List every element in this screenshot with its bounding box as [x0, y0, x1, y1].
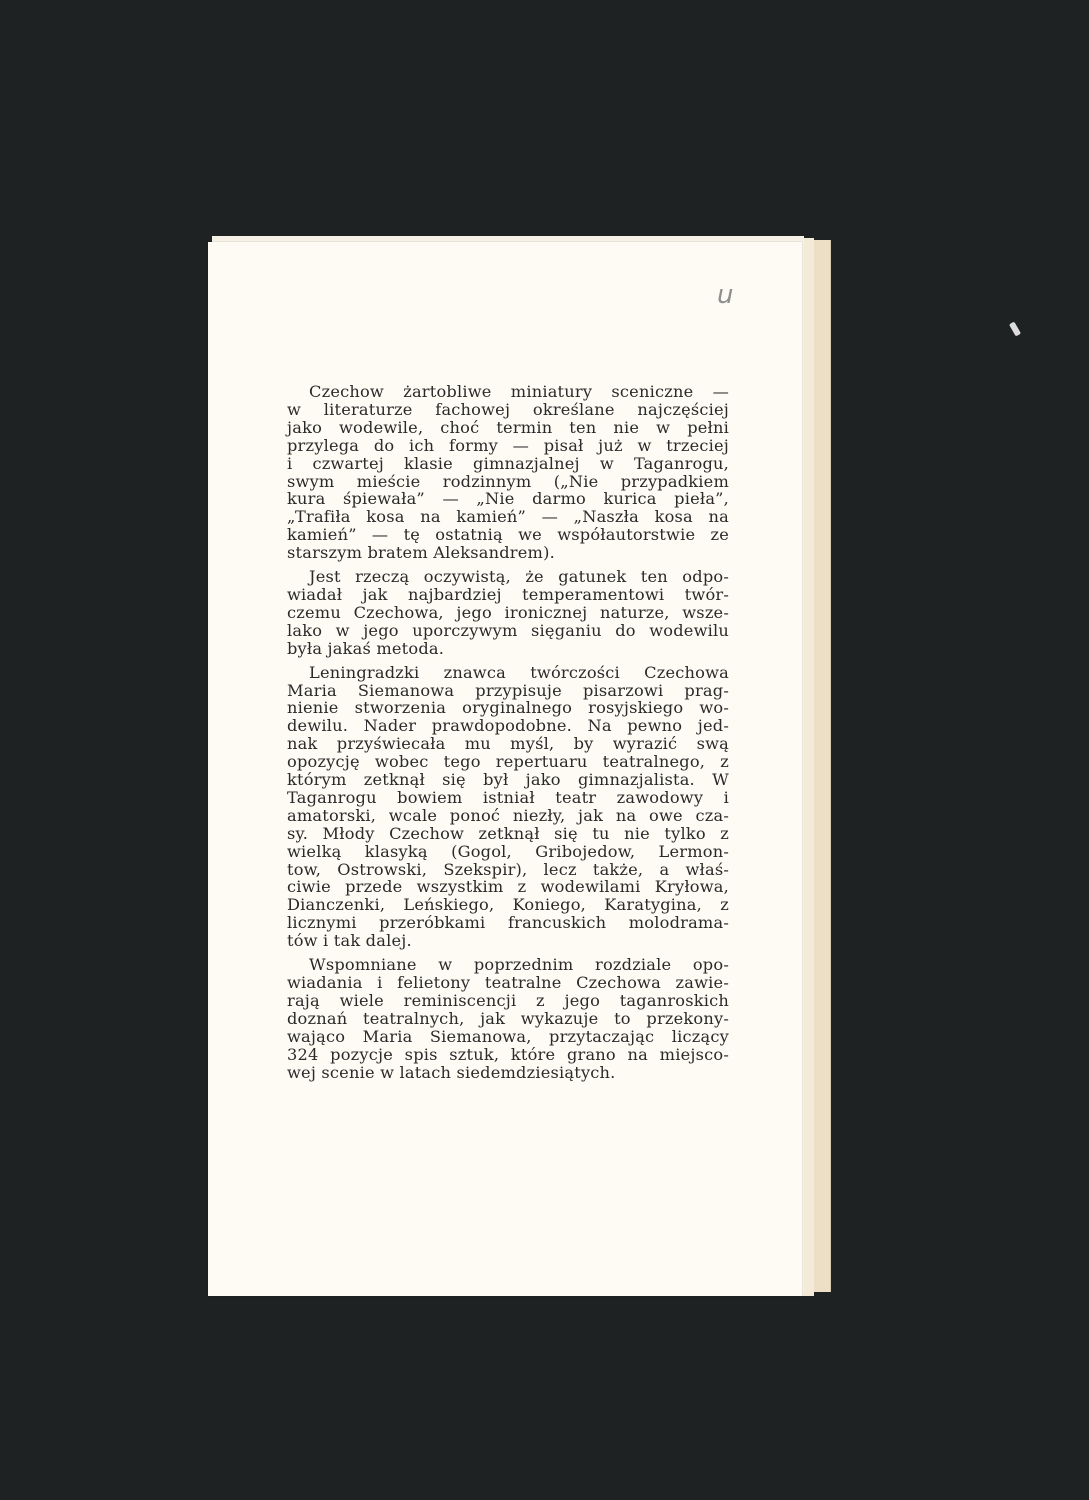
text-line: lako w jego uporczywym sięganiu do wodew… [287, 622, 729, 640]
text-line: amatorski, wcale ponoć niezły, jak na ow… [287, 807, 729, 825]
text-line: rają wiele reminiscencji z jego taganros… [287, 992, 729, 1010]
text-line: jako wodewile, choć termin ten nie w peł… [287, 419, 729, 437]
text-line: wielką klasyką (Gogol, Gribojedow, Lermo… [287, 843, 729, 861]
scan-speck [1009, 321, 1021, 336]
text-line: czemu Czechowa, jego ironicznej naturze,… [287, 604, 729, 622]
text-line: przylega do ich formy — pisał już w trze… [287, 437, 729, 455]
text-line: dewilu. Nader prawdopodobne. Na pewno je… [287, 717, 729, 735]
text-line: tów i tak dalej. [287, 932, 729, 950]
text-line: doznań teatralnych, jak wykazuje to prze… [287, 1010, 729, 1028]
text-line: Maria Siemanowa przypisuje pisarzowi pra… [287, 682, 729, 700]
text-line: którym zetknął się był jako gimnazjalist… [287, 771, 729, 789]
text-line: nak przyświecała mu myśl, by wyrazić swą [287, 735, 729, 753]
body-text: Czechow żartobliwe miniatury sceniczne —… [287, 383, 729, 1087]
paragraph: Jest rzeczą oczywistą, że gatunek ten od… [287, 568, 729, 658]
text-line: Wspomniane w poprzednim rozdziale opo- [287, 956, 729, 974]
text-line: Dianczenki, Leńskiego, Koniego, Karatygi… [287, 896, 729, 914]
text-line: nienie stworzenia oryginalnego rosyjskie… [287, 699, 729, 717]
text-line: ciwie przede wszystkim z wodewilami Krył… [287, 878, 729, 896]
text-line: Czechow żartobliwe miniatury sceniczne — [287, 383, 729, 401]
paragraph: Wspomniane w poprzednim rozdziale opo-wi… [287, 956, 729, 1081]
text-line: w literaturze fachowej określane najczęś… [287, 401, 729, 419]
text-line: 324 pozycje spis sztuk, które grano na m… [287, 1046, 729, 1064]
text-line: była jakaś metoda. [287, 640, 729, 658]
text-line: kura śpiewała” — „Nie darmo kurica pieła… [287, 490, 729, 508]
text-line: wiadał jak najbardziej temperamentowi tw… [287, 586, 729, 604]
text-line: swym mieście rodzinnym („Nie przypadkiem [287, 473, 729, 491]
text-line: Taganrogu bowiem istniał teatr zawodowy … [287, 789, 729, 807]
handwritten-page-mark: u [717, 280, 733, 310]
text-line: Leningradzki znawca twórczości Czechowa [287, 664, 729, 682]
text-line: kamień” — tę ostatnią we współautorstwie… [287, 526, 729, 544]
paragraph: Czechow żartobliwe miniatury sceniczne —… [287, 383, 729, 562]
text-line: tow, Ostrowski, Szekspir), lecz także, a… [287, 861, 729, 879]
text-line: i czwartej klasie gimnazjalnej w Taganro… [287, 455, 729, 473]
text-line: wająco Maria Siemanowa, przytaczając lic… [287, 1028, 729, 1046]
text-line: sy. Młody Czechow zetknął się tu nie tyl… [287, 825, 729, 843]
text-line: wej scenie w latach siedemdziesiątych. [287, 1064, 729, 1082]
paragraph: Leningradzki znawca twórczości CzechowaM… [287, 664, 729, 951]
text-line: „Trafiła kosa na kamień” — „Naszła kosa … [287, 508, 729, 526]
text-line: wiadania i felietony teatralne Czechowa … [287, 974, 729, 992]
text-line: Jest rzeczą oczywistą, że gatunek ten od… [287, 568, 729, 586]
text-line: opozycję wobec tego repertuaru teatralne… [287, 753, 729, 771]
text-line: starszym bratem Aleksandrem). [287, 544, 729, 562]
text-line: licznymi przeróbkami francuskich molodra… [287, 914, 729, 932]
